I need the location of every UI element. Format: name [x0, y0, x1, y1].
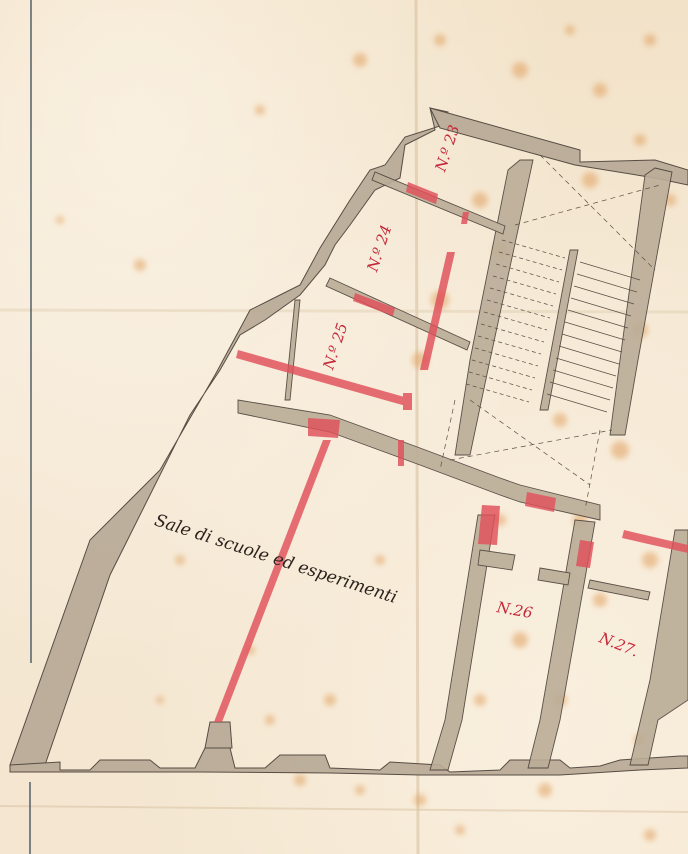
- floor-plan-drawing: [0, 0, 688, 854]
- plan-sheet: Sale di scuole ed esperimenti N.º 23 N.º…: [0, 0, 688, 854]
- interior-walls: [238, 160, 688, 770]
- exterior-walls: [10, 108, 688, 775]
